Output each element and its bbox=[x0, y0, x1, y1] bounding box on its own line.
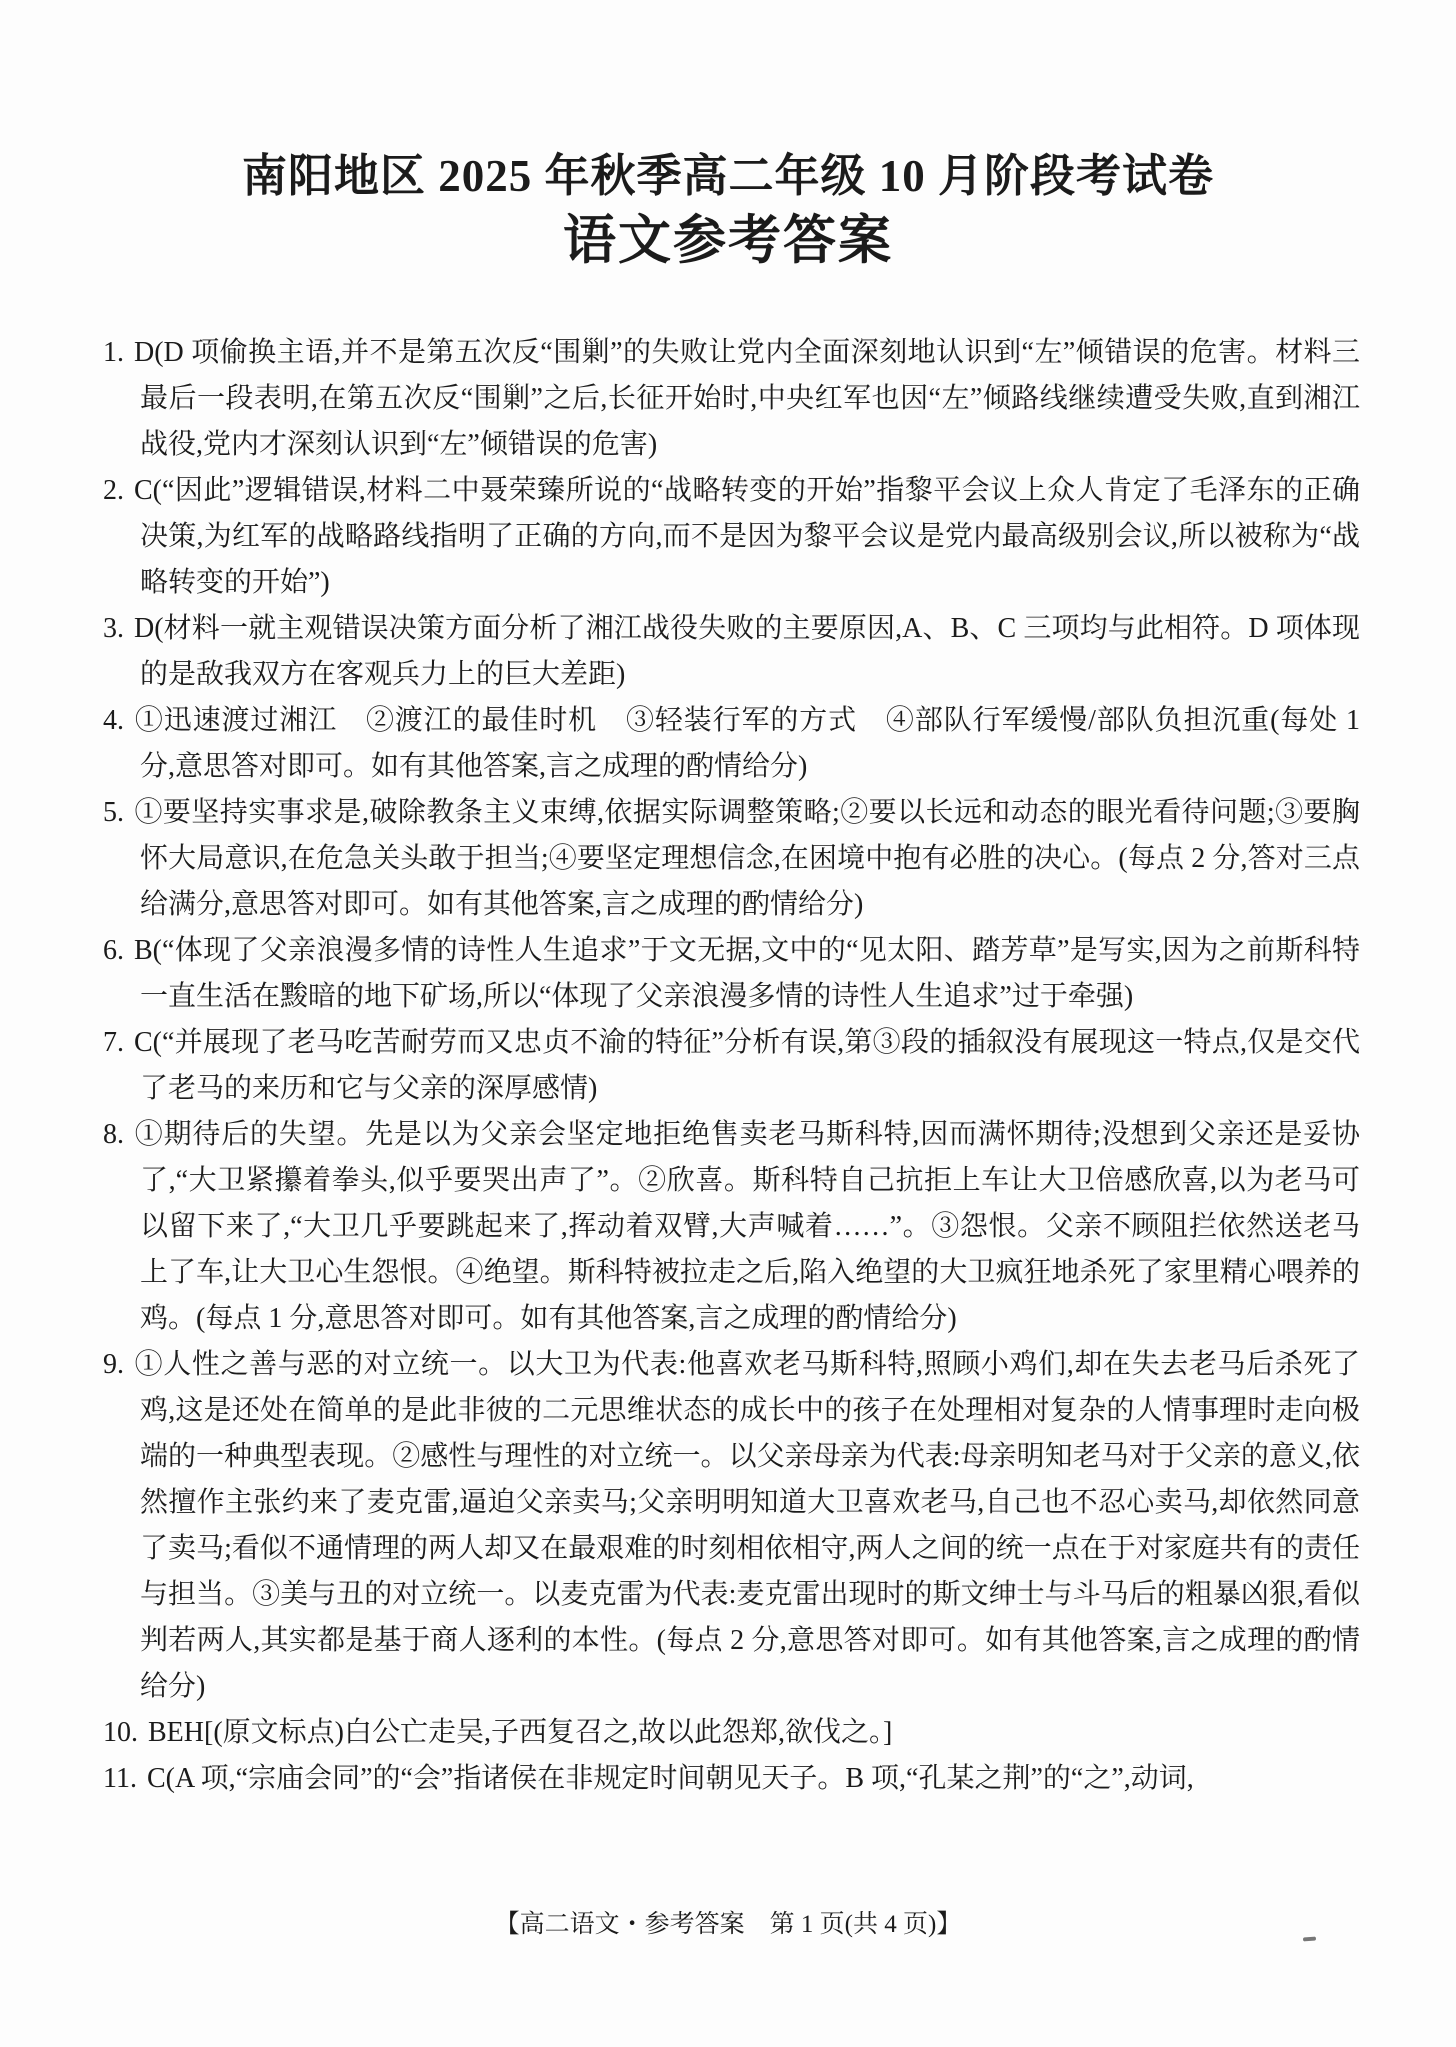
answer-text: ①要坚持实事求是,破除教条主义束缚,依据实际调整策略;②要以长远和动态的眼光看待… bbox=[134, 797, 1360, 920]
answer-text: D(D 项偷换主语,并不是第五次反“围剿”的失败让党内全面深刻地认识到“左”倾错… bbox=[134, 337, 1360, 460]
answer-item-1: 1.D(D 项偷换主语,并不是第五次反“围剿”的失败让党内全面深刻地认识到“左”… bbox=[103, 330, 1360, 468]
answer-text: B(“体现了父亲浪漫多情的诗性人生追求”于文无据,文中的“见太阳、踏芳草”是写实… bbox=[134, 935, 1360, 1012]
answer-number: 9. bbox=[103, 1349, 124, 1380]
answer-item-9: 9.①人性之善与恶的对立统一。以大卫为代表:他喜欢老马斯科特,照顾小鸡们,却在失… bbox=[103, 1342, 1360, 1710]
answer-text: ①人性之善与恶的对立统一。以大卫为代表:他喜欢老马斯科特,照顾小鸡们,却在失去老… bbox=[134, 1349, 1360, 1702]
answer-number: 10. bbox=[103, 1717, 138, 1748]
answer-item-8: 8.①期待后的失望。先是以为父亲会坚定地拒绝售卖老马斯科特,因而满怀期待;没想到… bbox=[103, 1112, 1360, 1342]
answer-text: C(A 项,“宗庙会同”的“会”指诸侯在非规定时间朝见天子。B 项,“孔某之荆”… bbox=[147, 1763, 1194, 1794]
exam-title: 南阳地区 2025 年秋季高二年级 10 月阶段考试卷 bbox=[0, 148, 1456, 204]
answer-number: 7. bbox=[103, 1027, 124, 1058]
answer-number: 5. bbox=[103, 797, 124, 828]
answer-number: 3. bbox=[103, 613, 124, 644]
answer-text: ①期待后的失望。先是以为父亲会坚定地拒绝售卖老马斯科特,因而满怀期待;没想到父亲… bbox=[134, 1119, 1360, 1334]
answer-text: BEH[(原文标点)白公亡走吴,子西复召之,故以此怨郑,欲伐之。] bbox=[148, 1717, 892, 1748]
answer-item-11: 11.C(A 项,“宗庙会同”的“会”指诸侯在非规定时间朝见天子。B 项,“孔某… bbox=[103, 1756, 1360, 1802]
page-header: 南阳地区 2025 年秋季高二年级 10 月阶段考试卷 语文参考答案 bbox=[0, 148, 1456, 272]
answer-item-6: 6.B(“体现了父亲浪漫多情的诗性人生追求”于文无据,文中的“见太阳、踏芳草”是… bbox=[103, 928, 1360, 1020]
exam-answer-sheet-page: 南阳地区 2025 年秋季高二年级 10 月阶段考试卷 语文参考答案 1.D(D… bbox=[0, 0, 1456, 2047]
answer-number: 8. bbox=[103, 1119, 124, 1150]
answer-number: 6. bbox=[103, 935, 124, 966]
answer-item-4: 4.①迅速渡过湘江 ②渡江的最佳时机 ③轻装行军的方式 ④部队行军缓慢/部队负担… bbox=[103, 698, 1360, 790]
answer-number: 4. bbox=[103, 705, 124, 736]
scan-ink-smudge bbox=[1303, 1937, 1316, 1942]
answer-item-5: 5.①要坚持实事求是,破除教条主义束缚,依据实际调整策略;②要以长远和动态的眼光… bbox=[103, 790, 1360, 928]
answer-item-3: 3.D(材料一就主观错误决策方面分析了湘江战役失败的主要原因,A、B、C 三项均… bbox=[103, 606, 1360, 698]
answer-number: 1. bbox=[103, 337, 124, 368]
answer-number: 2. bbox=[103, 475, 124, 506]
answer-number: 11. bbox=[103, 1763, 137, 1794]
answer-item-10: 10.BEH[(原文标点)白公亡走吴,子西复召之,故以此怨郑,欲伐之。] bbox=[103, 1710, 1360, 1756]
answer-text: D(材料一就主观错误决策方面分析了湘江战役失败的主要原因,A、B、C 三项均与此… bbox=[134, 613, 1360, 690]
page-footer: 【高二语文・参考答案 第 1 页(共 4 页)】 bbox=[0, 1910, 1456, 1940]
answer-text: C(“因此”逻辑错误,材料二中聂荣臻所说的“战略转变的开始”指黎平会议上众人肯定… bbox=[134, 475, 1360, 598]
answer-text: ①迅速渡过湘江 ②渡江的最佳时机 ③轻装行军的方式 ④部队行军缓慢/部队负担沉重… bbox=[134, 705, 1360, 782]
answer-key-subtitle: 语文参考答案 bbox=[0, 210, 1456, 272]
answer-text: C(“并展现了老马吃苦耐劳而又忠贞不渝的特征”分析有误,第③段的插叙没有展现这一… bbox=[134, 1027, 1360, 1104]
answer-item-2: 2.C(“因此”逻辑错误,材料二中聂荣臻所说的“战略转变的开始”指黎平会议上众人… bbox=[103, 468, 1360, 606]
answer-item-7: 7.C(“并展现了老马吃苦耐劳而又忠贞不渝的特征”分析有误,第③段的插叙没有展现… bbox=[103, 1020, 1360, 1112]
answer-list: 1.D(D 项偷换主语,并不是第五次反“围剿”的失败让党内全面深刻地认识到“左”… bbox=[103, 330, 1360, 1802]
